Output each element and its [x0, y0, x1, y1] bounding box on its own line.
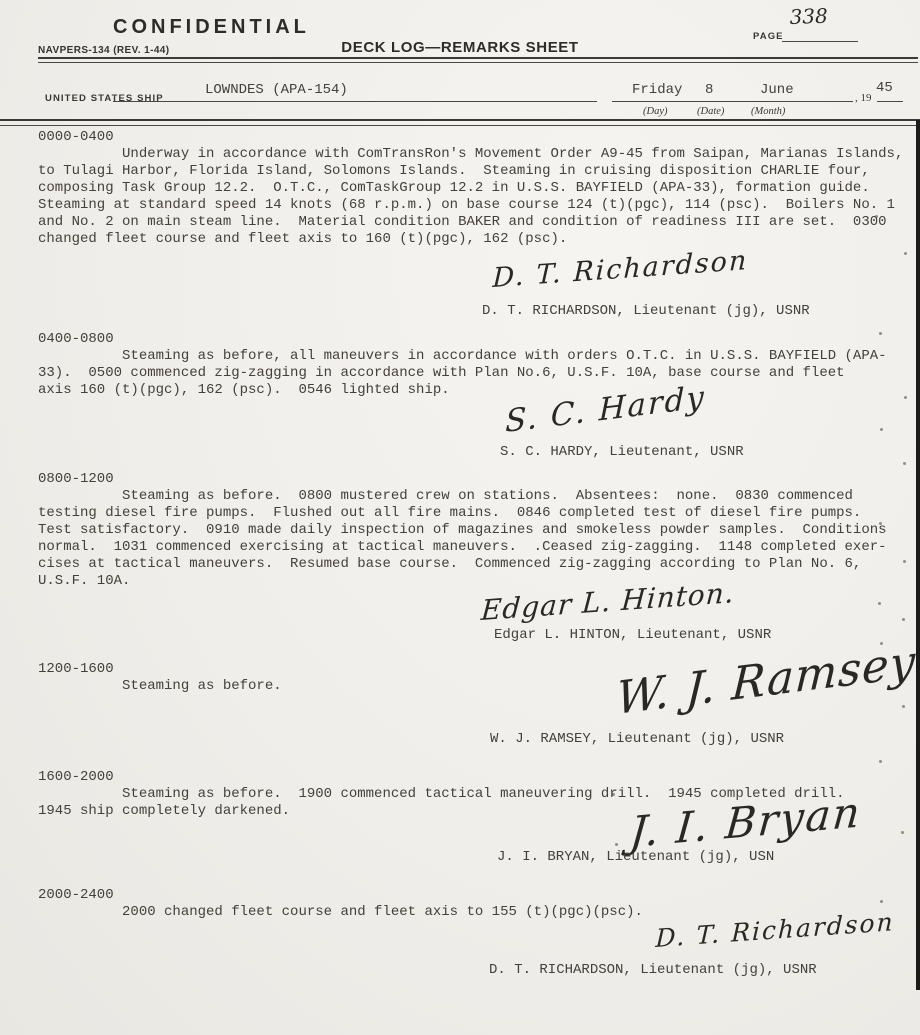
date-month: June [760, 82, 794, 99]
section-time-range: 1200-1600 [38, 661, 114, 678]
scan-dot [904, 252, 907, 255]
title-rule-bottom [38, 62, 918, 63]
signature-typed: Edgar L. HINTON, Lieutenant, USNR [494, 627, 771, 644]
scan-dot [878, 602, 881, 605]
section-time-range: 2000-2400 [38, 887, 114, 904]
date-label: (Date) [697, 106, 724, 117]
scan-dot [904, 396, 907, 399]
section-remarks: Steaming as before. [38, 678, 282, 695]
ship-label: UNITED STATES SHIP [45, 93, 164, 104]
signature-typed: J. I. BRYAN, Lieutenant (jg), USN [497, 849, 774, 866]
signature-typed: S. C. HARDY, Lieutenant, USNR [500, 444, 744, 461]
year-underline [877, 101, 903, 102]
scan-dot [879, 522, 882, 525]
month-label: (Month) [751, 106, 785, 117]
scan-dot [875, 215, 878, 218]
ship-underline [113, 101, 597, 102]
section-time-range: 0400-0800 [38, 331, 114, 348]
classification-stamp: CONFIDENTIAL [113, 16, 310, 39]
scan-dot [901, 831, 904, 834]
section-time-range: 0800-1200 [38, 471, 114, 488]
header-rule-top [0, 119, 920, 121]
date-underline [612, 101, 853, 102]
year-prefix: , 19 [855, 92, 872, 104]
scan-dot [902, 618, 905, 621]
date-number: 8 [705, 82, 713, 99]
title-rule-top [38, 57, 918, 59]
header-rule-bottom [0, 125, 920, 126]
section-remarks: 2000 changed fleet course and fleet axis… [38, 904, 643, 921]
scan-dot [902, 705, 905, 708]
page-number-handwritten: 338 [789, 4, 828, 29]
scan-dot [879, 760, 882, 763]
ship-name: LOWNDES (APA-154) [205, 82, 348, 99]
section-time-range: 0000-0400 [38, 129, 114, 146]
signature-typed: W. J. RAMSEY, Lieutenant (jg), USNR [490, 731, 784, 748]
signature-script: W. J. Ramsey [615, 634, 917, 725]
signature-script: D. T. Richardson [492, 245, 749, 294]
scan-dot [615, 843, 618, 846]
section-remarks: Steaming as before. 0800 mustered crew o… [38, 488, 887, 590]
scan-edge-right [916, 120, 920, 990]
section-time-range: 1600-2000 [38, 769, 114, 786]
section-remarks: Underway in accordance with ComTransRon'… [38, 146, 903, 248]
form-title: DECK LOG—REMARKS SHEET [0, 39, 920, 56]
scan-dot [880, 428, 883, 431]
scan-dot [879, 332, 882, 335]
day-label: (Day) [643, 106, 668, 117]
scan-dot [612, 793, 615, 796]
signature-typed: D. T. RICHARDSON, Lieutenant (jg), USNR [489, 962, 817, 979]
section-remarks: Steaming as before, all maneuvers in acc… [38, 348, 887, 399]
scan-dot [880, 900, 883, 903]
deck-log-remarks-sheet: CONFIDENTIAL PAGE 338 NAVPERS-134 (REV. … [0, 0, 920, 1035]
signature-script: D. T. Richardson [655, 907, 895, 953]
date-year: 45 [876, 80, 893, 97]
scan-dot [880, 642, 883, 645]
date-day: Friday [632, 82, 682, 99]
scan-dot [903, 462, 906, 465]
scan-dot [903, 560, 906, 563]
signature-typed: D. T. RICHARDSON, Lieutenant (jg), USNR [482, 303, 810, 320]
